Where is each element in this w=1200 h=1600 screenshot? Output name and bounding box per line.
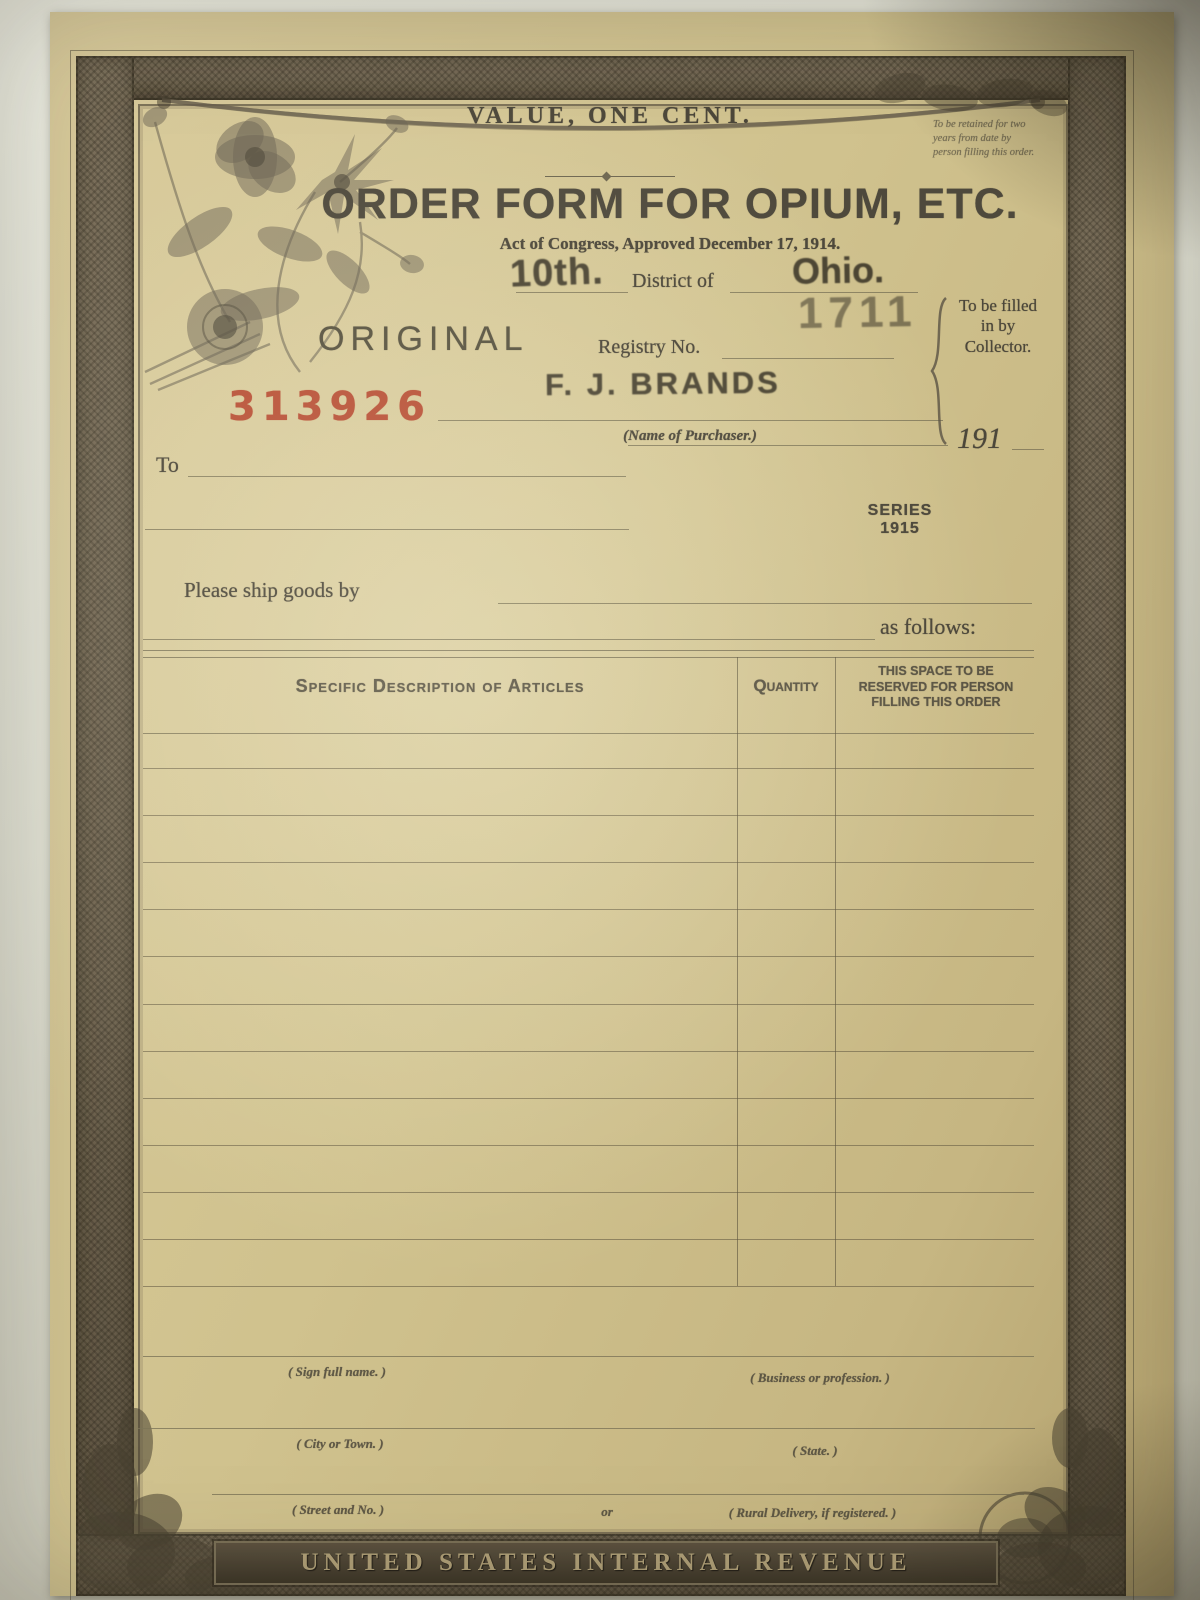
ship-blank-line: [498, 603, 1032, 604]
table-row-rule: [143, 1192, 1034, 1193]
table-row-rule: [143, 909, 1034, 910]
act-of-congress-subtitle: Act of Congress, Approved December 17, 1…: [330, 234, 1010, 254]
state-caption: ( State. ): [770, 1443, 860, 1459]
city-state-line: [138, 1428, 1035, 1429]
collector-brace: [928, 296, 950, 446]
value-statement: VALUE, ONE CENT.: [455, 103, 765, 130]
street-line: [212, 1494, 1024, 1495]
district-of-label: District of: [632, 270, 714, 293]
series-year: 1915: [848, 520, 952, 538]
to-label: To: [156, 452, 179, 478]
table-row-rule: [143, 1004, 1034, 1005]
district-number-stamp: 10th.: [509, 250, 604, 296]
sign-full-name-caption: ( Sign full name. ): [262, 1364, 412, 1380]
city-town-caption: ( City or Town. ): [280, 1436, 400, 1452]
to-blank-line: [188, 476, 626, 477]
address-blank-line: [145, 529, 629, 530]
serial-number: 313926: [228, 384, 431, 430]
as-follows-label: as follows:: [880, 614, 976, 640]
table-row-rule: [143, 1145, 1034, 1146]
date-blank-line: [628, 445, 948, 446]
ship-goods-label: Please ship goods by: [184, 578, 360, 603]
table-row-rule: [143, 956, 1034, 957]
or-caption: or: [592, 1504, 622, 1520]
table-row-rule: [143, 862, 1034, 863]
registry-no-label: Registry No.: [598, 336, 700, 359]
collector-note: To be filled in by Collector.: [952, 296, 1044, 357]
table-row-rule: [143, 815, 1034, 816]
table-row-rule: [143, 1098, 1034, 1099]
table-header-bottom-rule: [143, 733, 1034, 734]
rural-delivery-caption: ( Rural Delivery, if registered. ): [705, 1505, 920, 1521]
ornamental-divider: [545, 176, 675, 177]
series-block: SERIES 1915: [848, 502, 952, 538]
table-row-rule: [143, 1051, 1034, 1052]
purchaser-name-stamp: F. J. BRANDS: [545, 365, 781, 403]
state-stamp: Ohio.: [792, 249, 885, 293]
table-row-rules: [143, 768, 1034, 1288]
retention-note: To be retained for two years from date b…: [933, 118, 1041, 161]
column-header-reserved: THIS SPACE TO BE RESERVED FOR PERSON FIL…: [845, 664, 1027, 711]
signature-line: [143, 1356, 1034, 1357]
form-title: ORDER FORM FOR OPIUM, ETC.: [300, 180, 1040, 229]
as-follows-blank-line: [143, 639, 875, 640]
column-header-description: Specific Description of Articles: [170, 676, 710, 697]
table-row-rule: [143, 1239, 1034, 1240]
registry-number-stamp: 1711: [798, 287, 918, 339]
internal-revenue-banner-text: UNITED STATES INTERNAL REVENUE: [301, 1549, 912, 1577]
table-row-rule: [143, 1286, 1034, 1287]
internal-revenue-banner: UNITED STATES INTERNAL REVENUE: [214, 1541, 998, 1585]
table-row-rule: [143, 768, 1034, 769]
table-top-double-rule: [143, 650, 1034, 658]
column-header-quantity: Quantity: [740, 676, 832, 696]
year-blank-line: [1012, 449, 1044, 450]
original-copy-label: ORIGINAL: [318, 320, 528, 359]
purchaser-caption: (Name of Purchaser.): [560, 428, 820, 445]
photographed-document: VALUE, ONE CENT. To be retained for two …: [0, 0, 1200, 1600]
business-profession-caption: ( Business or profession. ): [720, 1370, 920, 1386]
year-prefix: 191: [957, 422, 1002, 456]
registry-blank-line: [722, 358, 894, 359]
series-label: SERIES: [848, 502, 952, 520]
purchaser-line: [438, 420, 943, 421]
street-no-caption: ( Street and No. ): [278, 1502, 398, 1518]
